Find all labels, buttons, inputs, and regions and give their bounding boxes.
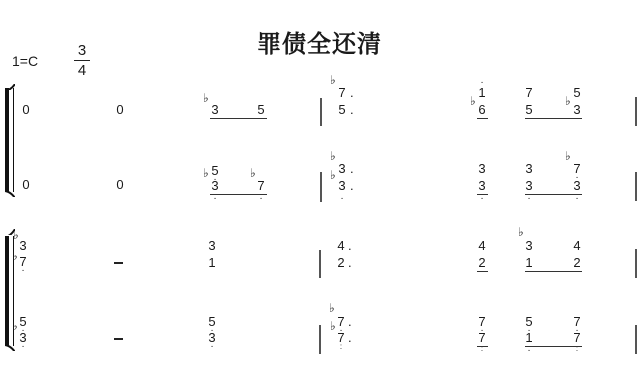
augmentation-dot: . (348, 314, 352, 329)
note: 3 · (206, 331, 218, 345)
note: 5 (255, 103, 267, 117)
note: 7 (336, 86, 348, 100)
beam-underline (525, 271, 582, 272)
note: 5 · (523, 315, 535, 329)
flat-icon: ♭ (250, 167, 256, 179)
octave-dot: · (206, 344, 218, 350)
augmentation-dot: . (350, 102, 354, 117)
octave-dot: · (209, 196, 221, 202)
augmentation-dot: . (350, 85, 354, 100)
note: 5 (571, 86, 583, 100)
note: 5 (523, 103, 535, 117)
augmentation-dot: . (348, 238, 352, 253)
note: 3 (523, 162, 535, 176)
note: 7 : (476, 331, 488, 345)
note: 2 (571, 256, 583, 270)
note: 6 (476, 103, 488, 117)
note: 3 · (523, 179, 535, 193)
note-digit: 3 (211, 178, 218, 193)
sustain-dash (114, 262, 123, 264)
note: 1 · (523, 331, 535, 345)
note: 7 : (571, 331, 583, 345)
beam-underline (525, 346, 582, 347)
note: 1 · (476, 86, 488, 100)
bracket-cap-top-icon (5, 84, 15, 90)
barline (635, 172, 637, 201)
sustain-dash (114, 338, 123, 340)
double-octave-dot: : (476, 347, 488, 351)
octave-dot: · (523, 348, 535, 354)
note: 0 (114, 178, 126, 192)
note: 3 · (17, 331, 29, 345)
note-digit: 7 (257, 178, 264, 193)
note: 7 : (335, 331, 347, 345)
barline (635, 325, 637, 354)
note: 3 (206, 239, 218, 253)
note-digit: 7 (573, 330, 580, 345)
barline (635, 97, 637, 126)
flat-icon: ♭ (330, 150, 336, 162)
flat-icon: ♭ (565, 150, 571, 162)
flat-icon: ♭ (203, 167, 209, 179)
barline (319, 325, 321, 354)
note: 3 · (571, 179, 583, 193)
augmentation-dot: . (350, 161, 354, 176)
flat-icon: ♭ (565, 95, 571, 107)
octave-dot: · (476, 80, 488, 86)
note: 3 · (476, 179, 488, 193)
note: 2 (476, 256, 488, 270)
note-digit: 3 (478, 178, 485, 193)
underline (477, 118, 488, 119)
note: 3 · (209, 179, 221, 193)
octave-dot: · (476, 196, 488, 202)
bracket-cap-bottom-icon (5, 191, 15, 197)
flat-icon: ♭ (330, 74, 336, 86)
note: 4 (335, 239, 347, 253)
note-digit: 1 (525, 330, 532, 345)
flat-icon: ♭ (330, 169, 336, 181)
note-digit: 3 (573, 178, 580, 193)
note: 0 (20, 178, 32, 192)
barline (320, 172, 322, 202)
octave-dot: · (571, 196, 583, 202)
beam-underline (525, 194, 582, 195)
time-signature-numerator: 3 (74, 42, 90, 61)
note: 0 (20, 103, 32, 117)
octave-dot: · (17, 268, 29, 274)
bracket-line (5, 88, 14, 192)
underline (477, 346, 488, 347)
key-signature: 1=C (12, 53, 38, 69)
octave-dot: · (17, 344, 29, 350)
note-digit: 7 (478, 330, 485, 345)
note: 7 · (571, 315, 583, 329)
time-signature: 3 4 (74, 42, 90, 79)
underline (477, 271, 488, 272)
beam-underline (210, 194, 267, 195)
augmentation-dot: . (348, 255, 352, 270)
note: 3 (209, 103, 221, 117)
note: 2 (335, 256, 347, 270)
underline (477, 194, 488, 195)
octave-dot: · (336, 196, 348, 202)
double-octave-dot: : (571, 347, 583, 351)
note: 5 · (17, 315, 29, 329)
note: 3 (523, 239, 535, 253)
note: 3 (336, 162, 348, 176)
note: 4 (571, 239, 583, 253)
note: 4 (476, 239, 488, 253)
barline (320, 98, 322, 126)
flat-icon: ♭ (518, 226, 524, 238)
note: 7 · (17, 255, 29, 269)
time-signature-denominator: 4 (74, 61, 90, 79)
note: 3 (476, 162, 488, 176)
double-octave-dot: : (335, 345, 347, 349)
beam-underline (525, 118, 582, 119)
note: 7 (523, 86, 535, 100)
bracket-cap-bottom-icon (5, 345, 15, 351)
note: 7 · (476, 315, 488, 329)
beam-underline (210, 118, 267, 119)
note: 3 (571, 103, 583, 117)
note-digit: 3 (525, 178, 532, 193)
note: 7 · (255, 179, 267, 193)
note: 5 · (209, 164, 221, 178)
note: 0 (114, 103, 126, 117)
flat-icon: ♭ (203, 92, 209, 104)
augmentation-dot: . (350, 178, 354, 193)
note: 3 (17, 239, 29, 253)
note-digit: 3 (338, 178, 345, 193)
note: 3 · (336, 179, 348, 193)
note: 1 (523, 256, 535, 270)
octave-dot: · (523, 196, 535, 202)
note: 5 · (206, 315, 218, 329)
flat-icon: ♭ (329, 302, 335, 314)
note: 7 · (335, 315, 347, 329)
augmentation-dot: . (348, 330, 352, 345)
note: 5 (336, 103, 348, 117)
flat-icon: ♭ (470, 95, 476, 107)
score-title: 罪债全还清 (0, 24, 639, 59)
barline (635, 249, 637, 278)
barline (319, 250, 321, 278)
note: 1 (206, 256, 218, 270)
octave-dot: · (255, 196, 267, 202)
note: 7 · (571, 162, 583, 176)
